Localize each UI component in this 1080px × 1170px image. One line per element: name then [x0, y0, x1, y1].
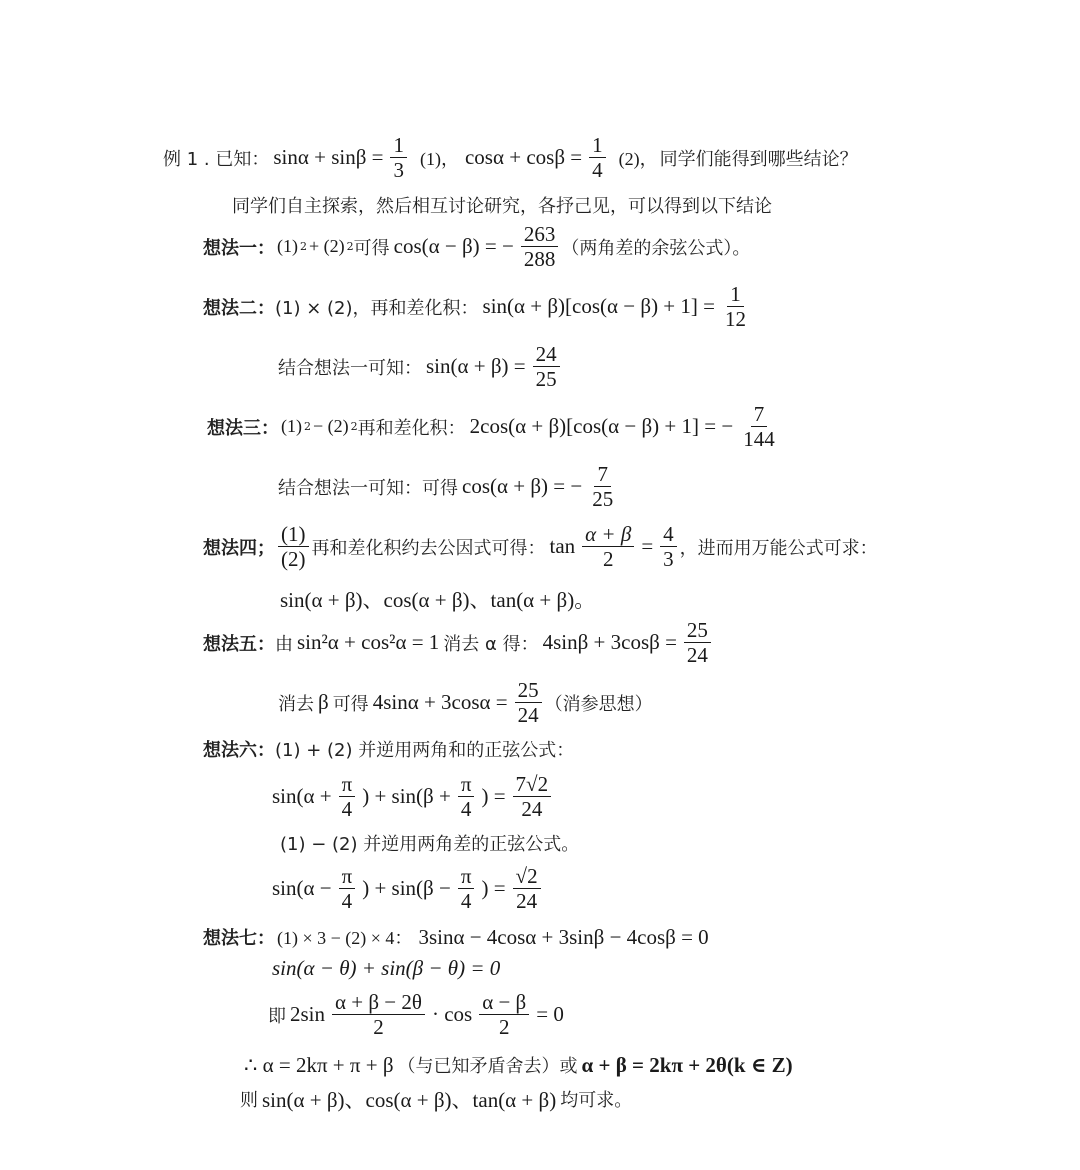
idea-4: 想法四； (1) (2) 再和差化积约去公因式可得： tan α + β 2 =… [203, 522, 878, 571]
fraction: π 4 [458, 864, 475, 913]
example-statement: 例 1 . 已知： sinα + sinβ = 1 3 (1)， cosα + … [163, 133, 858, 182]
idea-label: 想法一： [203, 234, 275, 260]
given-eq2-fraction: 1 4 [589, 133, 606, 182]
example-question: 同学们能得到哪些结论？ [660, 145, 858, 171]
idea-1: 想法一： (1)2 + (2)2 可得 cos(α − β) = − 263 2… [203, 222, 750, 271]
idea-5-followup: 消去 β 可得 4sinα + 3cosα = 25 24 （消参思想） [278, 678, 653, 727]
idea-3: 想法三： (1)2 − (2)2 再和差化积： 2cos(α + β)[cos(… [207, 402, 781, 451]
fraction: √2 24 [513, 864, 541, 913]
idea-2: 想法二： (1) × (2)，再和差化积： sin(α + β)[cos(α −… [203, 282, 752, 331]
idea-5: 想法五： 由 sin²α + cos²α = 1 消去 α 得： 4sinβ +… [203, 618, 714, 667]
idea-7: 想法七： (1) × 3 − (2) × 4： 3sinα − 4cosα + … [203, 924, 713, 950]
idea-label: 想法四； [203, 534, 275, 560]
fraction: (1) (2) [278, 522, 309, 571]
given-eq1-fraction: 1 3 [390, 133, 407, 182]
idea-label: 想法六： [203, 736, 275, 762]
fraction: π 4 [339, 772, 356, 821]
fraction: 7 144 [740, 402, 778, 451]
idea-label: 想法二： [203, 294, 275, 320]
idea-6-eq2: sin(α − π 4 ) + sin(β − π 4 ) = √2 24 [268, 864, 544, 913]
intro-paragraph: 同学们自主探索，然后相互讨论研究，各抒己见，可以得到以下结论 [232, 192, 772, 218]
idea-4-followup: sin(α + β)、cos(α + β)、tan(α + β)。 [276, 584, 599, 614]
idea-6-text2: (1) − (2) 并逆用两角差的正弦公式。 [280, 830, 579, 856]
fraction: 1 12 [722, 282, 749, 331]
idea-label: 想法五： [203, 630, 275, 656]
idea-label: 想法七： [203, 924, 275, 950]
fraction: 263 288 [521, 222, 559, 271]
idea-7-line2: sin(α − θ) + sin(β − θ) = 0 [268, 956, 504, 981]
fraction: π 4 [458, 772, 475, 821]
example-prefix: 例 1 . 已知： [163, 145, 269, 171]
idea-3-followup: 结合想法一可知：可得 cos(α + β) = − 7 25 [278, 462, 619, 511]
fraction: 25 24 [515, 678, 542, 727]
conclusion-line-2: 则 sin(α + β)、cos(α + β)、tan(α + β) 均可求。 [240, 1084, 632, 1114]
fraction: 7√2 24 [513, 772, 552, 821]
fraction: α + β − 2θ 2 [332, 990, 425, 1039]
given-eq1-ref: (1)， [420, 145, 459, 171]
conclusion-line-1: ∴ α = 2kπ + π + β （与已知矛盾舍去）或 α + β = 2kπ… [240, 1052, 797, 1078]
given-eq2-ref: (2)， [619, 145, 658, 171]
idea-6: 想法六： (1) + (2) 并逆用两角和的正弦公式： [203, 736, 574, 762]
idea-2-followup: 结合想法一可知： sin(α + β) = 24 25 [278, 342, 563, 391]
idea-label: 想法三： [207, 414, 279, 440]
idea-6-eq1: sin(α + π 4 ) + sin(β + π 4 ) = 7√2 24 [268, 772, 554, 821]
idea-7-line3: 即 2sin α + β − 2θ 2 · cos α − β 2 = 0 [268, 990, 568, 1039]
fraction: 7 25 [589, 462, 616, 511]
fraction: 4 3 [660, 522, 677, 571]
fraction: α − β 2 [479, 990, 529, 1039]
given-eq2-lhs: cosα + cosβ = [465, 145, 582, 170]
given-eq1-lhs: sinα + sinβ = [273, 145, 383, 170]
fraction: 24 25 [533, 342, 560, 391]
fraction: π 4 [339, 864, 356, 913]
fraction: 25 24 [684, 618, 711, 667]
fraction: α + β 2 [582, 522, 634, 571]
